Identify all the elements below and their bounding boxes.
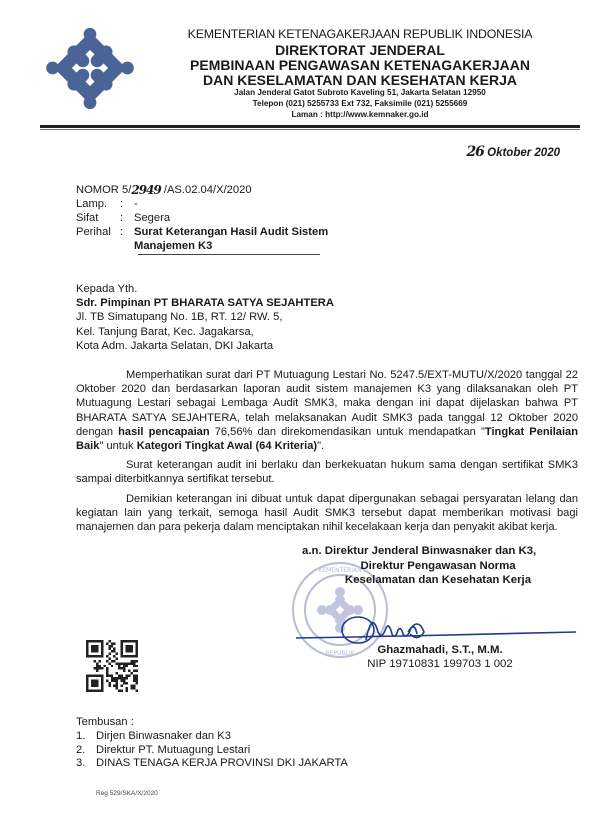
p1-bold-hasil: hasil pencapaian: [118, 426, 209, 438]
registration-number: Reg 529/SKA/X/2020: [96, 790, 158, 797]
tembusan-item: 2.Direktur PT. Mutuagung Lestari: [76, 744, 348, 758]
nomor-prefix: 5/: [122, 183, 131, 197]
lamp-label: Lamp.: [76, 197, 120, 211]
qr-code-icon: [86, 640, 138, 692]
sifat-value: Segera: [134, 211, 170, 225]
signature-position-line2: Keselamatan dan Kesehatan Kerja: [296, 573, 580, 588]
tembusan-label: Tembusan :: [76, 716, 348, 730]
tembusan-num: 3.: [76, 757, 96, 771]
p1-text: 76,56% dan direkomendasikan untuk mendap…: [210, 426, 485, 438]
signature-block: a.n. Direktur Jenderal Binwasnaker dan K…: [296, 544, 580, 588]
date-month-year: Oktober 2020: [487, 147, 560, 159]
body-paragraph-3: Demikian keterangan ini dibuat untuk dap…: [76, 492, 578, 535]
tembusan-text: Dirjen Binwasnaker dan K3: [96, 730, 231, 744]
lamp-colon: :: [120, 197, 134, 211]
perihal-colon: :: [120, 225, 134, 253]
letter-date: 26 Oktober 2020: [466, 144, 560, 160]
tembusan-block: Tembusan : 1.Dirjen Binwasnaker dan K3 2…: [76, 716, 348, 771]
tembusan-item: 3.DINAS TENAGA KERJA PROVINSI DKI JAKART…: [76, 757, 348, 771]
addressee-address-line: Kel. Tanjung Barat, Kec. Jagakarsa,: [76, 325, 334, 339]
addressee-name: Sdr. Pimpinan PT BHARATA SATYA SEJAHTERA: [76, 296, 334, 310]
sifat-row: Sifat : Segera: [76, 211, 334, 225]
signatory-name: Ghazmahadi, S.T., M.M.: [300, 644, 580, 656]
signatory-nip: NIP 19710831 199703 1 002: [300, 658, 580, 670]
sifat-colon: :: [120, 211, 134, 225]
nomor-label: NOMOR: [76, 183, 119, 197]
perihal-label: Perihal: [76, 225, 120, 253]
lamp-value: -: [134, 197, 138, 211]
perihal-underline: [138, 254, 320, 255]
p1-text: " untuk: [99, 440, 136, 452]
perihal-value: Surat Keterangan Hasil Audit Sistem Mana…: [134, 225, 334, 253]
tembusan-num: 1.: [76, 730, 96, 744]
ministry-name: KEMENTERIAN KETENAGAKERJAAN REPUBLIK IND…: [150, 27, 570, 41]
letter-meta: NOMOR 5/2949 /AS.02.04/X/2020 Lamp. : - …: [76, 183, 334, 253]
kemnaker-logo-icon: [44, 26, 136, 110]
sifat-label: Sifat: [76, 211, 120, 225]
tembusan-text: Direktur PT. Mutuagung Lestari: [96, 744, 250, 758]
addressee-greeting: Kepada Yth.: [76, 282, 334, 296]
letter-body: Memperhatikan surat dari PT Mutuagung Le…: [76, 368, 578, 539]
p1-text: ".: [317, 440, 324, 452]
perihal-row: Perihal : Surat Keterangan Hasil Audit S…: [76, 225, 334, 253]
body-paragraph-2: Surat keterangan audit ini berlaku dan b…: [76, 458, 578, 486]
tembusan-item: 1.Dirjen Binwasnaker dan K3: [76, 730, 348, 744]
addressee-address-line: Kota Adm. Jakarta Selatan, DKI Jakarta: [76, 339, 334, 353]
tembusan-num: 2.: [76, 744, 96, 758]
p1-bold-kategori: Kategori Tingkat Awal (64 Kriteria): [137, 440, 317, 452]
nomor-suffix: /AS.02.04/X/2020: [164, 183, 252, 197]
directorate-title: DIREKTORAT JENDERAL: [150, 42, 570, 58]
signature-on-behalf: a.n. Direktur Jenderal Binwasnaker dan K…: [296, 544, 580, 559]
tembusan-text: DINAS TENAGA KERJA PROVINSI DKI JAKARTA: [96, 757, 348, 771]
office-website: Laman : http://www.kemnaker.go.id: [150, 110, 570, 119]
body-paragraph-1: Memperhatikan surat dari PT Mutuagung Le…: [76, 368, 578, 453]
directorate-line2: PEMBINAAN PENGAWASAN KETENAGAKERJAAN: [150, 57, 570, 73]
nomor-row: NOMOR 5/2949 /AS.02.04/X/2020: [76, 183, 334, 197]
letterhead-rule-thin: [40, 129, 580, 130]
addressee-block: Kepada Yth. Sdr. Pimpinan PT BHARATA SAT…: [76, 282, 334, 353]
office-phone: Telepon (021) 5255733 Ext 732, Faksimile…: [150, 99, 570, 108]
directorate-line3: DAN KESELAMATAN DAN KESEHATAN KERJA: [150, 72, 570, 88]
signature-position: Direktur Pengawasan Norma: [296, 559, 580, 574]
date-day-handwritten: 26: [466, 144, 483, 160]
nomor-handwritten: 2949: [131, 183, 160, 197]
office-address: Jalan Jenderal Gatot Subroto Kaveling 51…: [150, 88, 570, 97]
lamp-row: Lamp. : -: [76, 197, 334, 211]
letterhead-rule: [40, 125, 580, 128]
addressee-address-line: Jl. TB Simatupang No. 1B, RT. 12/ RW. 5,: [76, 310, 334, 324]
